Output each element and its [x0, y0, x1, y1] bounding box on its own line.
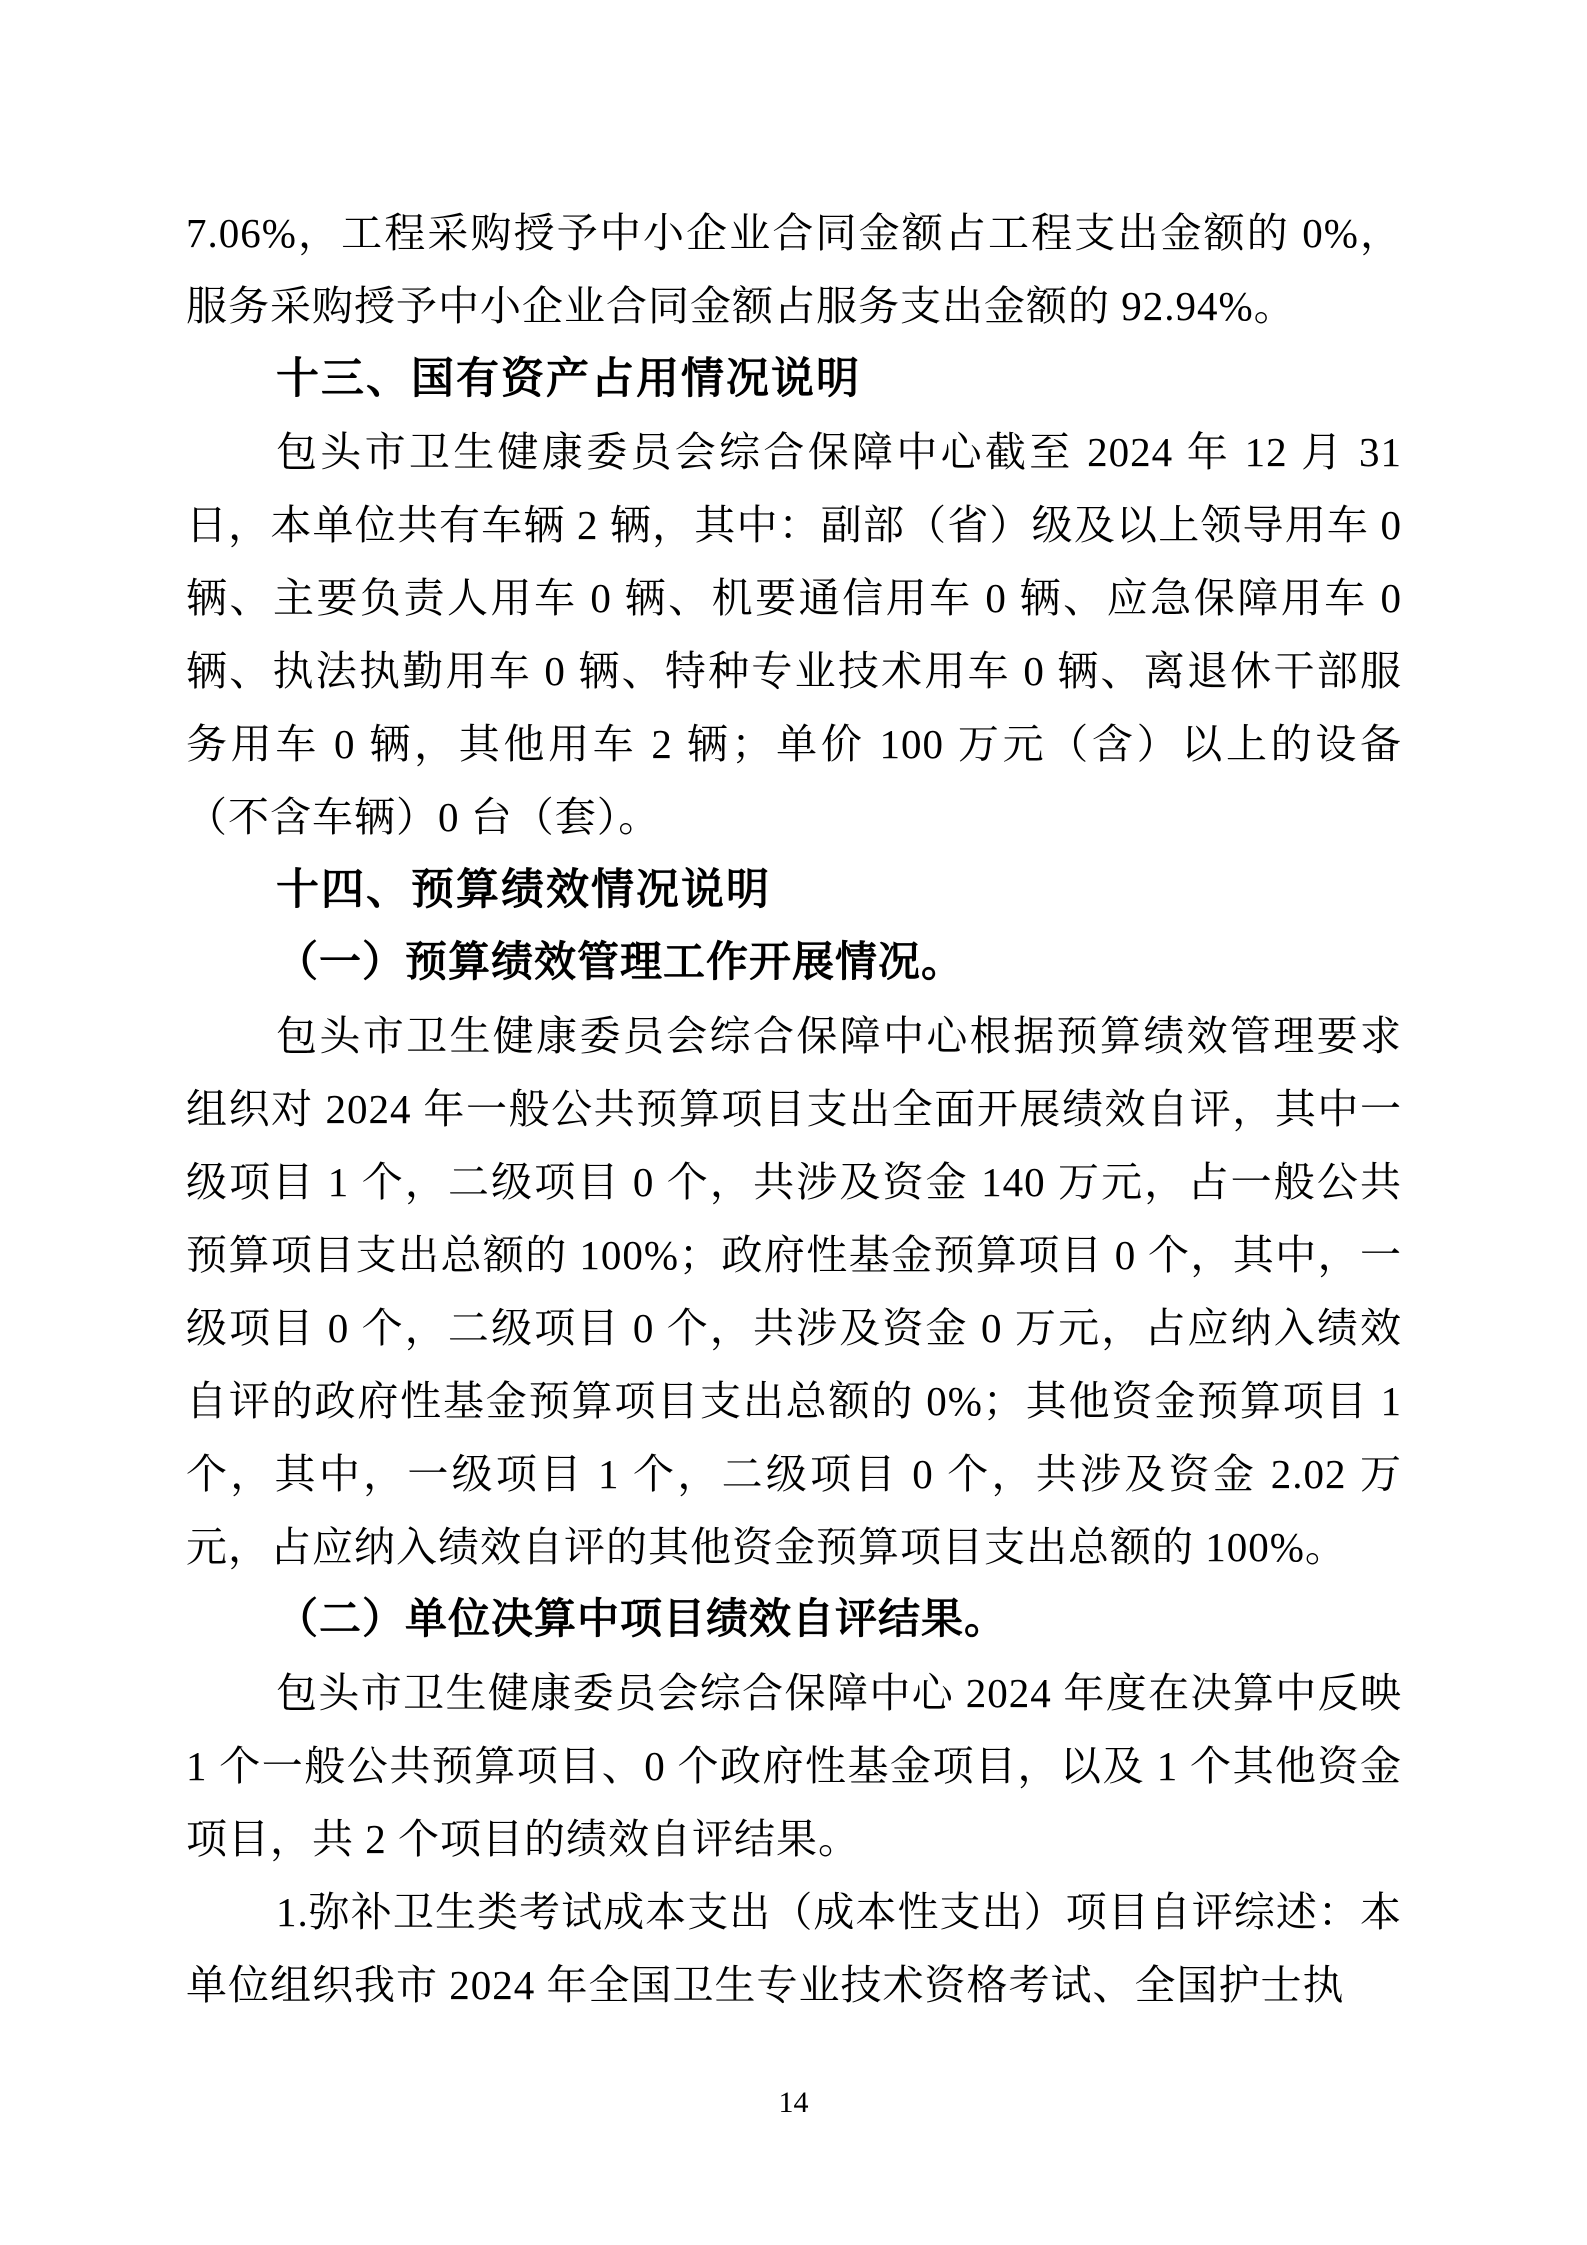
paragraph-final-accounts-projects: 包头市卫生健康委员会综合保障中心 2024 年度在决算中反映 1 个一般公共预算… — [186, 1657, 1402, 1876]
subheading-self-evaluation-results: （二）单位决算中项目绩效自评结果。 — [186, 1584, 1402, 1657]
paragraph-state-assets-vehicles: 包头市卫生健康委员会综合保障中心截至 2024 年 12 月 31 日，本单位共… — [186, 416, 1402, 854]
paragraph-performance-self-evaluation: 包头市卫生健康委员会综合保障中心根据预算绩效管理要求组织对 2024 年一般公共… — [186, 1000, 1402, 1584]
subheading-performance-management-work: （一）预算绩效管理工作开展情况。 — [186, 927, 1402, 1000]
document-body: 7.06%，工程采购授予中小企业合同金额占工程支出金额的 0%，服务采购授予中小… — [186, 197, 1402, 2022]
page-number: 14 — [0, 2083, 1587, 2123]
heading-section-13-state-assets: 十三、国有资产占用情况说明 — [186, 343, 1402, 416]
document-page: 7.06%，工程采购授予中小企业合同金额占工程支出金额的 0%，服务采购授予中小… — [0, 0, 1587, 2245]
paragraph-smb-procurement-share: 7.06%，工程采购授予中小企业合同金额占工程支出金额的 0%，服务采购授予中小… — [186, 197, 1402, 343]
heading-section-14-budget-performance: 十四、预算绩效情况说明 — [186, 854, 1402, 927]
paragraph-exam-cost-project-summary: 1.弥补卫生类考试成本支出（成本性支出）项目自评综述：本单位组织我市 2024 … — [186, 1876, 1402, 2022]
